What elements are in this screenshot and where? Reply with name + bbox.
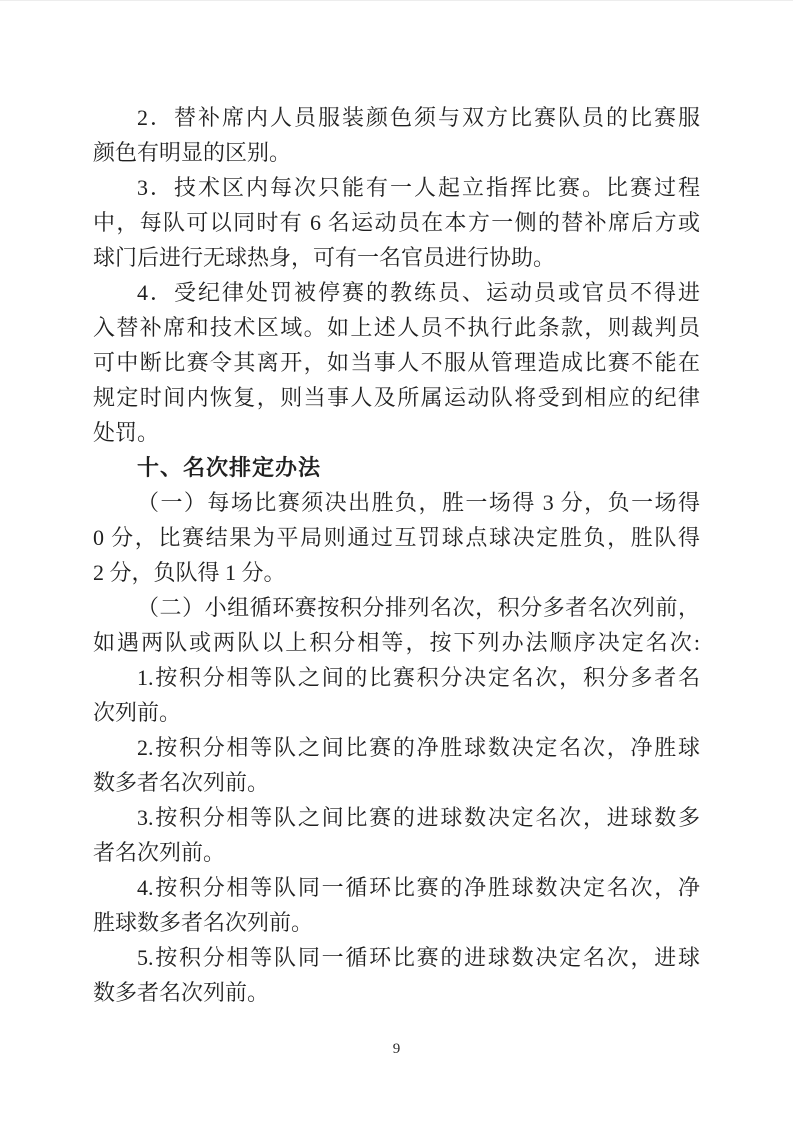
- text-line: 次列前。: [93, 695, 700, 730]
- text-line: 数多者名次列前。: [93, 765, 700, 800]
- text-line: 处罚。: [93, 415, 700, 450]
- paragraph-item-2: 2．替补席内人员服装颜色须与双方比赛队员的比赛服颜色有明显的区别。: [93, 100, 700, 170]
- text-line: 数多者名次列前。: [93, 975, 700, 1010]
- paragraph-rule-5: 5.按积分相等队同一循环比赛的进球数决定名次，进球数多者名次列前。: [93, 940, 700, 1010]
- paragraph-rule-4: 4.按积分相等队同一循环比赛的净胜球数决定名次，净胜球数多者名次列前。: [93, 870, 700, 940]
- text-line: 1.按积分相等队之间的比赛积分决定名次，积分多者名: [93, 660, 700, 695]
- paragraph-item-4: 4．受纪律处罚被停赛的教练员、运动员或官员不得进入替补席和技术区域。如上述人员不…: [93, 275, 700, 450]
- paragraph-clause-2: （二）小组循环赛按积分排列名次，积分多者名次列前，如遇两队或两队以上积分相等，按…: [93, 590, 700, 660]
- text-line: 3．技术区内每次只能有一人起立指挥比赛。比赛过程: [93, 170, 700, 205]
- text-line: 3.按积分相等队之间比赛的进球数决定名次，进球数多: [93, 800, 700, 835]
- text-line: 入替补席和技术区域。如上述人员不执行此条款，则裁判员: [93, 310, 700, 345]
- text-line: 如遇两队或两队以上积分相等，按下列办法顺序决定名次:: [93, 625, 700, 660]
- text-line: 者名次列前。: [93, 835, 700, 870]
- document-page: 2．替补席内人员服装颜色须与双方比赛队员的比赛服颜色有明显的区别。3．技术区内每…: [0, 0, 793, 1122]
- paragraph-rule-3: 3.按积分相等队之间比赛的进球数决定名次，进球数多者名次列前。: [93, 800, 700, 870]
- document-body: 2．替补席内人员服装颜色须与双方比赛队员的比赛服颜色有明显的区别。3．技术区内每…: [93, 100, 700, 1010]
- text-line: 颜色有明显的区别。: [93, 135, 700, 170]
- text-line: 十、名次排定办法: [93, 450, 700, 485]
- paragraph-rule-1: 1.按积分相等队之间的比赛积分决定名次，积分多者名次列前。: [93, 660, 700, 730]
- section-heading: 十、名次排定办法: [93, 450, 700, 485]
- text-line: （二）小组循环赛按积分排列名次，积分多者名次列前，: [93, 590, 700, 625]
- text-line: 4．受纪律处罚被停赛的教练员、运动员或官员不得进: [93, 275, 700, 310]
- page-number: 9: [0, 1039, 793, 1059]
- text-line: （一）每场比赛须决出胜负，胜一场得 3 分，负一场得: [93, 485, 700, 520]
- text-line: 5.按积分相等队同一循环比赛的进球数决定名次，进球: [93, 940, 700, 975]
- text-line: 规定时间内恢复，则当事人及所属运动队将受到相应的纪律: [93, 380, 700, 415]
- text-line: 2．替补席内人员服装颜色须与双方比赛队员的比赛服: [93, 100, 700, 135]
- text-line: 可中断比赛令其离开，如当事人不服从管理造成比赛不能在: [93, 345, 700, 380]
- text-line: 2 分，负队得 1 分。: [93, 555, 700, 590]
- text-line: 0 分，比赛结果为平局则通过互罚球点球决定胜负，胜队得: [93, 520, 700, 555]
- text-line: 球门后进行无球热身，可有一名官员进行协助。: [93, 240, 700, 275]
- text-line: 中，每队可以同时有 6 名运动员在本方一侧的替补席后方或: [93, 205, 700, 240]
- paragraph-rule-2: 2.按积分相等队之间比赛的净胜球数决定名次，净胜球数多者名次列前。: [93, 730, 700, 800]
- text-line: 胜球数多者名次列前。: [93, 905, 700, 940]
- paragraph-item-3: 3．技术区内每次只能有一人起立指挥比赛。比赛过程中，每队可以同时有 6 名运动员…: [93, 170, 700, 275]
- text-line: 2.按积分相等队之间比赛的净胜球数决定名次，净胜球: [93, 730, 700, 765]
- paragraph-clause-1: （一）每场比赛须决出胜负，胜一场得 3 分，负一场得0 分，比赛结果为平局则通过…: [93, 485, 700, 590]
- text-line: 4.按积分相等队同一循环比赛的净胜球数决定名次，净: [93, 870, 700, 905]
